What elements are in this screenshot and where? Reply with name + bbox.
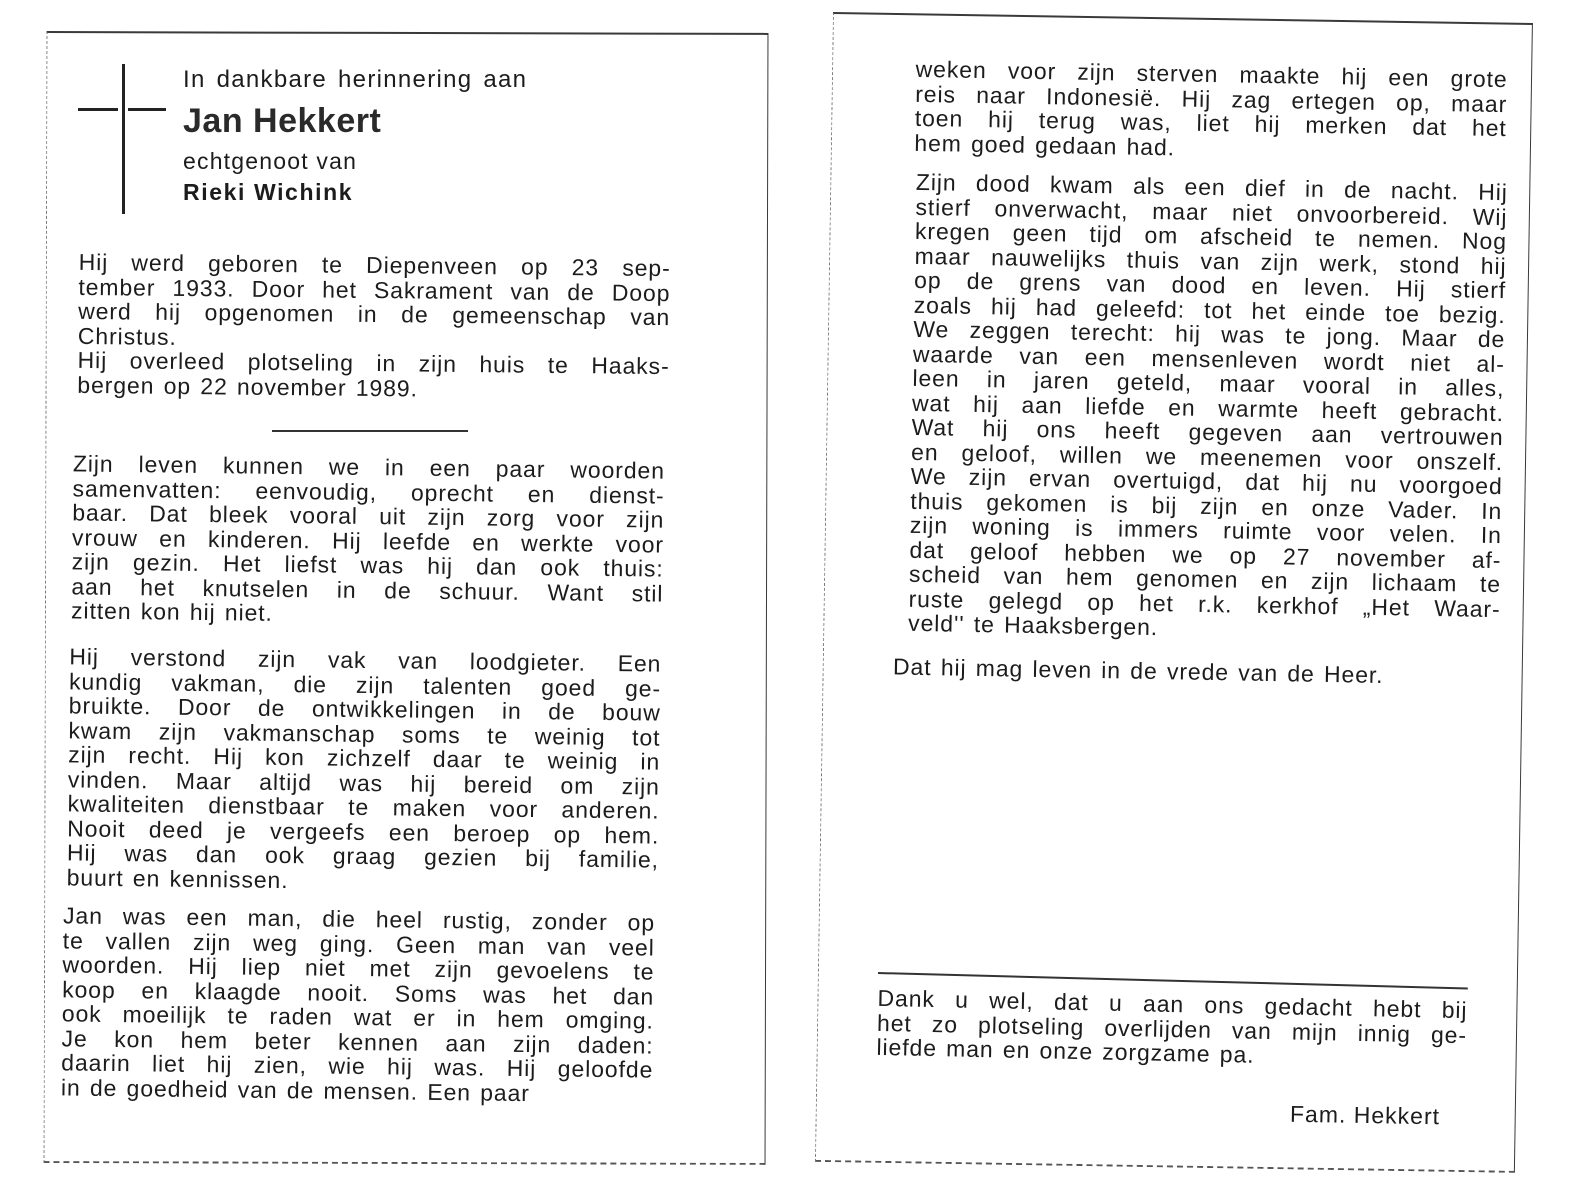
life-summary-paragraph: Zijn leven kunnen we in een paar woorden… (71, 451, 665, 630)
death-paragraph: Zijn dood kwam als een dief in de nacht.… (908, 170, 1508, 646)
deceased-name: Jan Hekkert (183, 101, 527, 142)
intro-text: In dankbare herinnering aan (183, 66, 527, 95)
spouse-name: Rieki Wichink (183, 179, 527, 207)
card-heading: In dankbare herinnering aan Jan Hekkert … (183, 66, 527, 207)
spouse-label: echtgenoot van (183, 148, 527, 176)
indonesia-paragraph: weken voor zijn sterven maakte hij een g… (914, 57, 1508, 165)
cross-icon (78, 64, 168, 214)
birth-death-paragraph: Hij werd geboren te Diepenveen op 23 sep… (77, 250, 671, 403)
character-paragraph: Jan was een man, die heel rustig, zonder… (61, 903, 655, 1106)
profession-paragraph: Hij verstond zijn vak van loodgieter. Ee… (67, 644, 662, 896)
thanks-paragraph: Dank u wel, dat u aan ons gedacht hebt b… (876, 986, 1467, 1072)
divider-line (272, 430, 468, 432)
family-signature: Fam. Hekkert (1290, 1101, 1440, 1131)
